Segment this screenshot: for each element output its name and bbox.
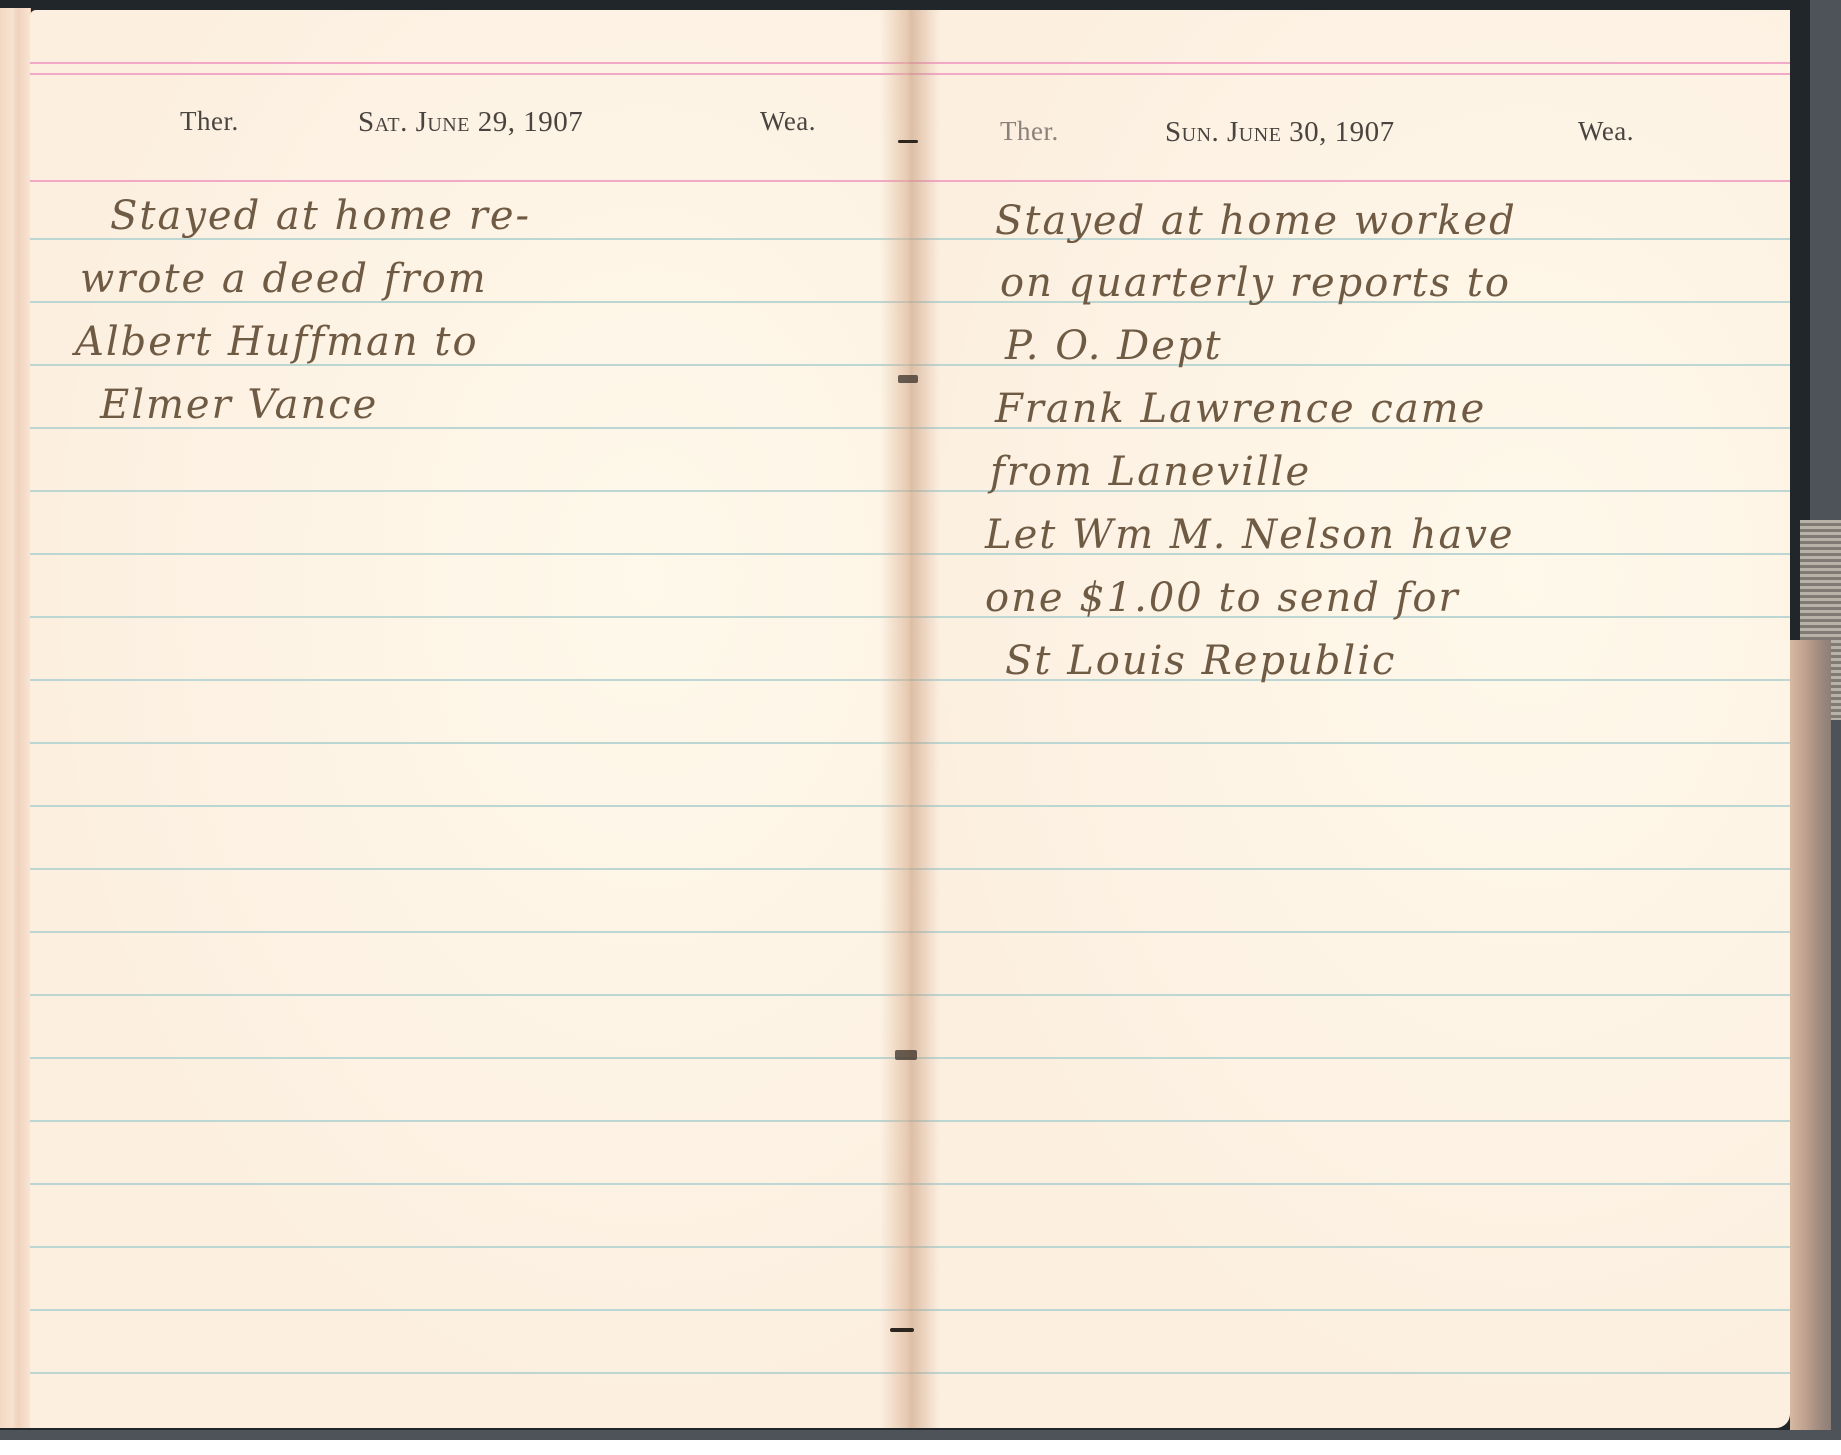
entry-line-3: Albert Huffman to xyxy=(75,311,479,374)
header-rule-bottom xyxy=(910,180,1790,182)
ruled-line xyxy=(30,490,910,492)
ruled-line xyxy=(30,868,910,870)
ruled-line xyxy=(30,1120,910,1122)
entry-line-7: one $1.00 to send for xyxy=(985,567,1460,630)
binding-stitch xyxy=(895,1050,917,1060)
ruled-line xyxy=(30,1372,910,1374)
ruled-line xyxy=(30,616,910,618)
ruled-line xyxy=(910,1309,1790,1311)
entry-line-6: Let Wm M. Nelson have xyxy=(985,504,1515,567)
entry-line-3: P. O. Dept xyxy=(1005,315,1223,378)
ruled-line xyxy=(30,1183,910,1185)
entry-line-4: Elmer Vance xyxy=(100,374,378,437)
header-rule-top-2 xyxy=(30,73,910,75)
ruled-line xyxy=(30,1309,910,1311)
book-gutter xyxy=(880,10,940,1428)
ruled-line xyxy=(30,805,910,807)
ruled-line xyxy=(910,1372,1790,1374)
wea-label: Wea. xyxy=(1578,116,1634,147)
ruled-line xyxy=(910,1183,1790,1185)
ruled-line xyxy=(910,805,1790,807)
binding-stitch xyxy=(890,1328,914,1332)
ruled-line xyxy=(910,742,1790,744)
ruled-line xyxy=(910,1246,1790,1248)
page-date: Sat. June 29, 1907 xyxy=(358,106,583,139)
page-edge-stack-lower xyxy=(1790,640,1831,1430)
ruled-line xyxy=(30,679,910,681)
entry-line-5: from Laneville xyxy=(990,441,1311,504)
binding-stitch xyxy=(898,140,918,143)
left-page-edges xyxy=(0,8,31,1428)
ruled-line xyxy=(30,1246,910,1248)
binding-stitch xyxy=(898,375,918,383)
entry-line-4: Frank Lawrence came xyxy=(995,378,1486,441)
ruled-line xyxy=(30,931,910,933)
entry-line-2: on quarterly reports to xyxy=(1000,252,1511,315)
ruled-line xyxy=(30,742,910,744)
entry-line-2: wrote a deed from xyxy=(80,248,488,311)
header-rule-bottom xyxy=(30,180,910,182)
ruled-line xyxy=(30,994,910,996)
ruled-line xyxy=(910,1120,1790,1122)
photo-background: Ther. Sat. June 29, 1907 Wea. Stayed at … xyxy=(0,0,1841,1440)
entry-line-8: St Louis Republic xyxy=(1005,630,1396,693)
right-page: Ther. Sun. June 30, 1907 Wea. Stayed at … xyxy=(910,10,1790,1428)
header-rule-top xyxy=(30,62,910,64)
entry-line-1: Stayed at home worked xyxy=(995,190,1517,253)
ruled-line xyxy=(910,931,1790,933)
entry-line-1: Stayed at home re- xyxy=(110,185,531,248)
wea-label: Wea. xyxy=(760,106,816,137)
ther-label: Ther. xyxy=(180,106,239,137)
ther-label: Ther. xyxy=(1000,116,1059,147)
header-rule-top-2 xyxy=(910,73,1790,75)
ruled-line xyxy=(30,1057,910,1059)
page-date: Sun. June 30, 1907 xyxy=(1165,116,1395,149)
ruled-line xyxy=(910,868,1790,870)
left-page: Ther. Sat. June 29, 1907 Wea. Stayed at … xyxy=(30,10,910,1428)
ruled-line xyxy=(30,553,910,555)
header-rule-top xyxy=(910,62,1790,64)
ruled-line xyxy=(910,1057,1790,1059)
ruled-line xyxy=(910,994,1790,996)
